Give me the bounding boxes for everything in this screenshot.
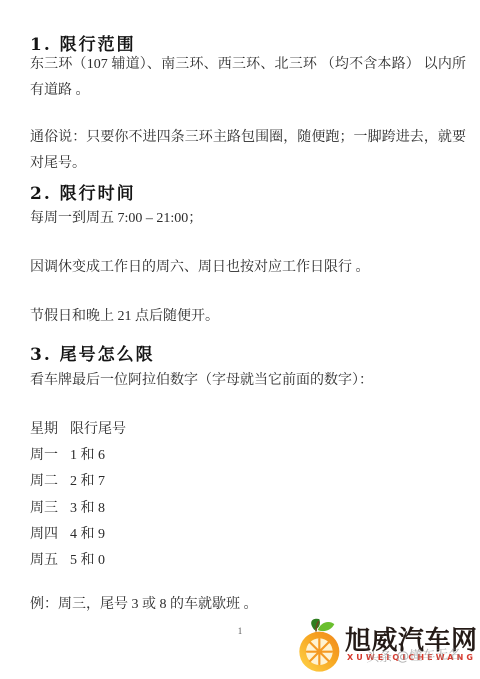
schedule-row-friday: 周五 5 和 0 <box>30 548 126 574</box>
restriction-hours-paragraph: 每周一到周五 7:00 – 21:00； <box>30 206 466 232</box>
schedule-header-row: 星期 限行尾号 <box>30 417 126 443</box>
orange-fruit-icon <box>296 616 346 674</box>
workday-adjustment-paragraph: 因调休变成工作日的周六、周日也按对应工作日限行 。 <box>30 255 466 281</box>
tail-number-rule-paragraph: 看车牌最后一位阿拉伯数字（字母就当它前面的数字）： <box>30 368 466 394</box>
site-watermark-logo: 旭威汽车网 XUWEIQICHEWANG 头条 @懂车无名 <box>294 614 480 676</box>
schedule-day: 周二 <box>30 469 70 495</box>
schedule-row-tuesday: 周二 2 和 7 <box>30 469 126 495</box>
schedule-tails: 1 和 6 <box>70 443 105 469</box>
schedule-row-monday: 周一 1 和 6 <box>30 443 126 469</box>
schedule-day: 周四 <box>30 522 70 548</box>
schedule-tails: 3 和 8 <box>70 496 105 522</box>
schedule-day: 周五 <box>30 548 70 574</box>
schedule-day: 周三 <box>30 496 70 522</box>
document-page: 1. 限行范围 东三环（107 辅道）、南三环、西三环、北三环 （均不含本路） … <box>0 0 480 679</box>
restriction-scope-paragraph: 东三环（107 辅道）、南三环、西三环、北三环 （均不含本路） 以内所有道路 。 <box>30 52 466 104</box>
schedule-row-wednesday: 周三 3 和 8 <box>30 496 126 522</box>
author-watermark-text: 头条 @懂车无名 <box>366 643 462 665</box>
tail-number-schedule: 星期 限行尾号 周一 1 和 6 周二 2 和 7 周三 3 和 8 周四 4 … <box>30 417 126 574</box>
section-3-heading: 3. 尾号怎么限 <box>30 340 155 365</box>
schedule-row-thursday: 周四 4 和 9 <box>30 522 126 548</box>
plain-explanation-paragraph: 通俗说：只要你不进四条三环主路包围圈，随便跑；一脚跨进去，就要对尾号。 <box>30 125 466 177</box>
schedule-tails: 4 和 9 <box>70 522 105 548</box>
schedule-header-tails: 限行尾号 <box>70 417 126 443</box>
holiday-exception-paragraph: 节假日和晚上 21 点后随便开。 <box>30 304 466 330</box>
schedule-tails: 2 和 7 <box>70 469 105 495</box>
section-2-heading: 2. 限行时间 <box>30 179 136 204</box>
schedule-header-day: 星期 <box>30 417 70 443</box>
schedule-day: 周一 <box>30 443 70 469</box>
schedule-tails: 5 和 0 <box>70 548 105 574</box>
